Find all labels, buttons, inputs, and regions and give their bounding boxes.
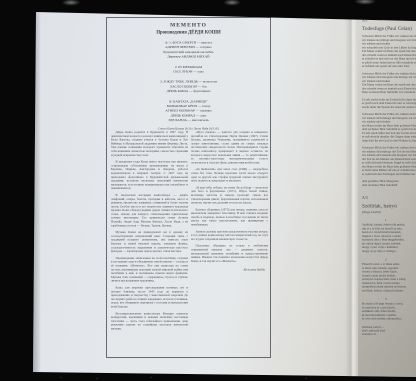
sleeve-paper: МЕМЕНТО Произведения ДЁРДЯ КОШИ А/ 1. ФУ… <box>0 0 416 381</box>
poem-panel: A/1 Todesfuge (Paul Celan) Schwarze Milc… <box>362 18 416 374</box>
liner-notes-paragraph: В творческом наследии композитора — девя… <box>111 194 188 228</box>
poem-stanza: Fölszáll a köd, a tó tükre ezüst, te úsz… <box>362 263 416 293</box>
liner-notes-paragraph: В двадцатые годы Коша много выступал как… <box>111 161 188 191</box>
poem-stanza: Schwarze Milch der Frühe wir trinken dic… <box>362 147 416 177</box>
notes-author-signature: Жужанна Вайда <box>191 269 268 273</box>
liner-notes-paragraph: «In memoriam» для альта соло (1969) — на… <box>191 168 268 183</box>
credits-group: 2. IN MEMORIAM ПАЛ ЛУКАЧ — альт <box>108 65 269 74</box>
reflection-highlight <box>350 0 380 6</box>
poem-stanza: Er ruft stecht tiefer ins Erdreich ihr e… <box>362 98 416 109</box>
poem-stanza: Schwarze Milch der Frühe wir trinken dic… <box>362 72 416 95</box>
record-sleeve-photo: МЕМЕНТО Произведения ДЁРДЯ КОШИ А/ 1. ФУ… <box>0 0 416 381</box>
poem-footnote: Szólítlak, hattyú — fehér szárnyad alatt… <box>362 326 416 337</box>
album-title: МЕМЕНТО <box>108 22 269 28</box>
poem-author: (Nagy László) <box>362 211 416 215</box>
liner-notes-paragraph: «Я жду тебя, лебедь» на стихи Ласло Надя… <box>191 186 268 205</box>
album-subtitle: Произведения ДЁРДЯ КОШИ <box>108 30 269 35</box>
dust-speck <box>305 378 307 379</box>
dust-speck <box>150 377 152 378</box>
poem-stanza: Schwarze Milch der Frühe wir trinken sie… <box>362 35 416 69</box>
title-block: МЕМЕНТО Произведения ДЁРДЯ КОШИ А/ 1. ФУ… <box>108 22 269 132</box>
liner-notes-paragraph: Пластинка обращена не только к любителям… <box>191 245 268 264</box>
liner-notes-paragraph: Восьмидесятилетие композитора Венгрия от… <box>111 312 188 331</box>
poem-section: 1 Szólítlak, hattyú, fehér tollú madár, … <box>362 219 416 254</box>
poem-title-hattyu: Szólítlak, hattyú <box>362 204 416 210</box>
fold-crease <box>345 0 358 381</box>
liner-notes-paragraph: «Фуга смерти» — кантата для сопрано и ка… <box>191 131 268 165</box>
dust-speck <box>96 378 98 379</box>
liner-notes-column-1: Дёрдь Коша родился в Будапеште в 1897 го… <box>111 131 188 356</box>
poem-stanza: Szólítlak, hattyú, fehér tollú madár, jö… <box>362 224 416 254</box>
info-frame: МЕМЕНТО Произведения ДЁРДЯ КОШИ А/ 1. ФУ… <box>106 17 271 358</box>
liner-notes-paragraph: Произведения, записанные на этой пластин… <box>111 257 188 284</box>
poem-section-number: 3 <box>362 298 416 302</box>
poem-section: 2 Fölszáll a köd, a tó tükre ezüst, te ú… <box>362 258 416 293</box>
poem-stanza: Ha majd a tél jege bezárja a tavat, és n… <box>362 303 416 322</box>
liner-notes-paragraph: Дёрдь Коша родился в Будапеште в 1897 го… <box>111 131 188 158</box>
poets-note: Стихи Пауля Целана (А/1) и Ласло Надя (А… <box>108 127 269 130</box>
liner-notes-paragraph: Коша сам пережил преследования военных л… <box>111 286 188 309</box>
liner-notes-paragraph: Кантата «Карниш» (1973) для тенора, скри… <box>191 208 268 227</box>
liner-notes-paragraph: Записи сделаны при непосредственном учас… <box>191 230 268 241</box>
paper-edge-shadow <box>33 0 41 381</box>
poem-stanza: Schwarze Milch der Frühe wir trinken dic… <box>362 113 416 143</box>
credits-group: 3. Я ЖДУ ТЕБЯ, ЛЕБЕДЬ — монологи ЛАСЛО П… <box>108 80 269 94</box>
reflection-highlight <box>58 0 84 7</box>
poem-section-number: 1 <box>362 219 416 223</box>
poem-section-id: A/3 <box>362 196 416 201</box>
poem-section-number: 2 <box>362 258 416 262</box>
reflection-highlight <box>220 0 244 7</box>
liner-notes-column-2: «Фуга смерти» — кантата для сопрано и ка… <box>191 131 268 356</box>
liner-notes-paragraph: Музыка Коши не принадлежит ни к одному и… <box>111 231 188 254</box>
poem-stanza: dein goldenes Haar Margarete dein aschen… <box>362 180 416 188</box>
poem-title-todesfuge: Todesfuge (Paul Celan) <box>362 26 416 32</box>
poem-section-id: A/1 <box>362 18 416 23</box>
poem-section: 3 Ha majd a tél jege bezárja a tavat, és… <box>362 298 416 322</box>
credits-group: А/ 1. ФУГА СМЕРТИ — кантата АДРИЕН ЧЕНГЕ… <box>108 41 269 60</box>
dust-speck <box>60 377 62 378</box>
credits-group: Б/ КАНТАТА „КАРНИШ“ БОЛЬДИЖАР КЁНЧ — тен… <box>108 99 269 123</box>
